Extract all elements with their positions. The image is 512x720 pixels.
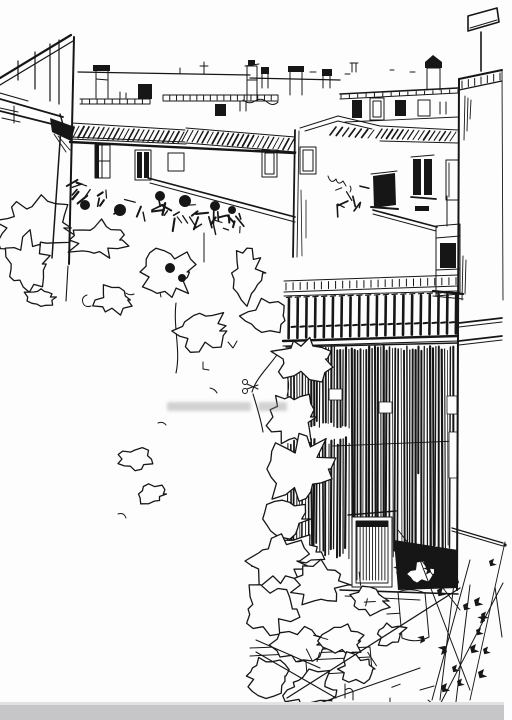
right-building-wall [457,8,503,590]
fallen-twig [452,528,503,543]
ink-scribbles [336,186,369,217]
rooftop-skyline [0,55,458,123]
background-facades [67,98,458,262]
tree-foliage [0,195,336,565]
watermark-smudge [258,402,287,411]
balcony-balustrade [283,275,459,346]
building-corner-edge [457,79,459,590]
watermark [167,402,287,411]
ink-drawing [0,0,512,720]
paper-edge-strip [0,705,504,720]
sketch-canvas [0,0,512,720]
courtyard-door [352,517,392,587]
watermark-smudge [167,402,251,411]
